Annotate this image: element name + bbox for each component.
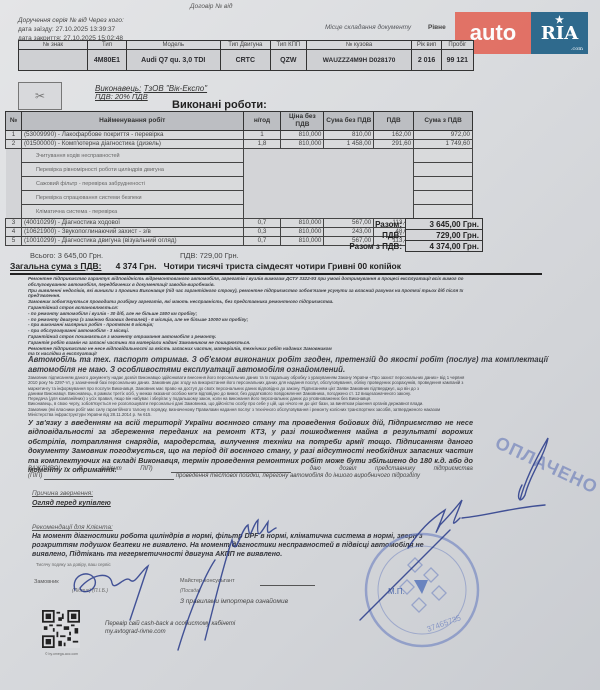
contract-line: Договір № від <box>190 3 232 10</box>
works-cell-vat: 162,00 <box>374 131 414 140</box>
cashback-note: Перевір свій cash-back в особистому кабі… <box>105 620 235 636</box>
empty-total-cell <box>414 177 473 191</box>
thanks-note: Тисячу подяку за довіру, ваш сервіс <box>36 562 111 567</box>
blank-cell <box>6 163 22 177</box>
wrench-icon: ✂ <box>35 89 45 103</box>
divider <box>272 273 542 275</box>
works-cell-hours: 0,3 <box>243 228 281 237</box>
summary-row: Всього: 3 645,00 Грн. ПДВ: 729,00 Грн. <box>30 251 103 260</box>
works-cell-name: (01500000) - Комп'ютерна діагностика (ди… <box>21 140 243 149</box>
works-cell-hours: 0,7 <box>243 219 281 228</box>
customer-label: Замовник <box>34 579 59 585</box>
works-subitem-row: Перевірка спрацювання системи безпеки <box>6 191 473 205</box>
vat-rate: ПДВ: 20% ПДВ <box>95 92 148 101</box>
grand-total-value: 4 374 Грн. <box>116 261 157 271</box>
works-title: Виконані роботи: <box>172 99 267 111</box>
works-subitem-row: Перевірка рівномірності роботи циліндрів… <box>6 163 473 177</box>
vehicle-col-header: Пробіг <box>441 41 473 50</box>
works-cell-n: 1 <box>6 131 22 140</box>
works-cell-name: (53009990) - Лакофарбове покриття - пере… <box>21 131 243 140</box>
customer-sub: (Підпис) (П.І.Б.) <box>72 588 108 594</box>
works-subitem: Перевірка рівномірності роботи циліндрів… <box>21 163 243 177</box>
vehicle-table: № знакТипМодельТип ДвигунаТип КПП№ кузов… <box>18 40 474 71</box>
blank-cell <box>6 149 22 163</box>
works-cell-vat: 291,60 <box>374 140 414 149</box>
power-of-attorney-line: Доручення серія № від Через кого: <box>18 16 124 25</box>
works-cell-price: 810,000 <box>281 131 324 140</box>
blank-cell <box>243 149 414 163</box>
works-cell-price: 810,000 <box>281 228 324 237</box>
vehicle-cell: 4M80E1 <box>88 50 127 71</box>
qr-caption: © by.omega-aoc.com <box>45 652 78 656</box>
important-word: (ПІП) <box>28 473 42 479</box>
master-label: Майстер-консультант <box>180 578 235 584</box>
privacy-terms: Замовник підписанням даного документу на… <box>28 375 548 417</box>
client-name-field[interactable] <box>171 466 291 473</box>
vehicle-cell: QZW <box>271 50 307 71</box>
vehicle-col-header: Тип КПП <box>271 41 307 50</box>
vehicle-cell: WAUZZZ4M9H D028170 <box>306 50 412 71</box>
works-cell-name: (10621900) - Звукопоглинаючий захист - з… <box>21 228 243 237</box>
summary-vat: ПДВ: 729,00 Грн. <box>180 251 239 260</box>
blank-cell <box>6 205 22 219</box>
autoria-logo[interactable]: auto ★ RIA .com <box>455 12 588 54</box>
works-col-header: Сума з ПДВ <box>414 112 473 131</box>
total-label: Разом з ПДВ: <box>319 241 406 252</box>
paid-stamp: ОПЛАЧЕНО <box>492 433 600 499</box>
works-subitem-row: Кліматична система - перевірка <box>6 205 473 219</box>
blank-cell <box>243 177 414 191</box>
works-col-header: Ціна без ПДВ <box>281 112 324 131</box>
vat-value: 729,00 Грн. <box>406 230 483 241</box>
empty-total-cell <box>414 149 473 163</box>
important-text: проведення тестової поїздки, перегону ав… <box>176 473 420 479</box>
vehicle-col-header: № знак <box>19 41 88 50</box>
qr-code-icon[interactable] <box>42 610 80 648</box>
blank-cell <box>6 191 22 205</box>
vehicle-col-header: Тип Двигуна <box>220 41 270 50</box>
empty-total-cell <box>414 191 473 205</box>
summary-all: Всього: 3 645,00 Грн. <box>30 251 103 260</box>
vehicle-cell: 2 016 <box>412 50 441 71</box>
contractor-name: ТзОВ "Вік-Експо" <box>144 84 208 93</box>
cashback-text: Перевір свій cash-back в особистому кабі… <box>105 620 235 628</box>
place-label: Місце складання документу <box>325 24 411 31</box>
works-cell-price: 810,000 <box>281 237 324 246</box>
works-col-header: н/год <box>243 112 281 131</box>
vehicle-col-header: Модель <box>126 41 220 50</box>
recommendations-label: Рекомендації для Клієнта: <box>32 524 113 531</box>
works-cell-n: 3 <box>6 219 22 228</box>
vehicle-cell: CRTC <box>220 50 270 71</box>
reason-value: Огляд перед купівлею <box>32 500 111 507</box>
seal-number: 37465735 <box>426 613 463 634</box>
works-subitem: Перевірка спрацювання системи безпеки <box>21 191 243 205</box>
warranty-terms: Ремонтне підприємство гарантує відповідн… <box>28 276 548 357</box>
blank-cell <box>6 177 22 191</box>
subtotal-value: 3 645,00 Грн. <box>406 219 483 230</box>
works-cell-name: (10010299) - Діагностика двигуна (візуал… <box>21 237 243 246</box>
works-cell-total: 972,00 <box>414 131 473 140</box>
vehicle-col-header: Рік вип <box>412 41 441 50</box>
company-logo-box: ✂ <box>18 82 62 110</box>
important-word: (клієнт <box>101 466 122 473</box>
importer-rules-note: З правилами імпортера ознайомив <box>180 598 288 605</box>
works-cell-price: 810,000 <box>281 140 324 149</box>
works-cell-total: 1 749,60 <box>414 140 473 149</box>
divider <box>10 273 272 275</box>
blank-cell <box>243 205 414 219</box>
vat-label: ПДВ: <box>319 230 406 241</box>
works-subitem: Зчитування кодів несправностей <box>21 149 243 163</box>
vehicle-cell <box>19 50 88 71</box>
important-word: даю <box>310 466 321 473</box>
empty-total-cell <box>414 163 473 177</box>
blank-cell <box>243 191 414 205</box>
works-col-header: ПДВ <box>374 112 414 131</box>
acceptance-statement: Автомобіль та тех. паспорт отримав. З об… <box>28 355 548 375</box>
works-col-header: Сума без ПДВ <box>324 112 374 131</box>
place-value: Рівне <box>428 24 446 31</box>
star-icon: ★ <box>555 15 564 26</box>
works-cell-n: 5 <box>6 237 22 246</box>
works-subitem-row: Сажовий фільтр - перевірка забрудненості <box>6 177 473 191</box>
vehicle-col-header: № кузова <box>306 41 412 50</box>
works-cell-n: 2 <box>6 140 22 149</box>
works-cell-hours: 0,7 <box>243 237 281 246</box>
blank-cell <box>243 163 414 177</box>
vehicle-col-header: Тип <box>88 41 127 50</box>
grand-total-words: Чотири тисячі триста сімдесят чотири Гри… <box>164 261 401 271</box>
works-row: 1(53009990) - Лакофарбове покриття - пер… <box>6 131 473 140</box>
total-value: 4 374,00 Грн. <box>406 241 483 252</box>
logo-ria: ★ RIA .com <box>531 12 588 54</box>
works-subitem: Сажовий фільтр - перевірка забрудненості <box>21 177 243 191</box>
important-word: ВАЖЛИВО! <box>28 466 60 473</box>
works-subitem-row: Зчитування кодів несправностей <box>6 149 473 163</box>
works-cell-name: (40010299) - Діагностика ходової <box>21 219 243 228</box>
works-cell-sum: 810,00 <box>324 131 374 140</box>
works-cell-hours: 1,8 <box>243 140 281 149</box>
works-row: 2(01500000) - Комп'ютерна діагностика (д… <box>6 140 473 149</box>
empty-total-cell <box>414 205 473 219</box>
totals-table: Разом:3 645,00 Грн. ПДВ:729,00 Грн. Разо… <box>319 218 483 252</box>
cashback-link[interactable]: my.avtograd-rivne.com <box>105 628 235 636</box>
company-seal-icon: 37465735 <box>362 530 482 650</box>
vehicle-cell: 99 121 <box>441 50 473 71</box>
master-sub: (Посада) <box>180 588 201 594</box>
important-word: представнику <box>375 466 415 473</box>
reason-label: Причина звернення: <box>32 490 93 497</box>
important-word: дозвіл <box>339 466 356 473</box>
works-cell-sum: 1 458,00 <box>324 140 374 149</box>
logo-domain: .com <box>571 46 583 52</box>
subtotal-label: Разом: <box>319 219 406 230</box>
works-col-header: № <box>6 112 22 131</box>
seal-mark: М.П. <box>388 587 405 596</box>
works-cell-n: 4 <box>6 228 22 237</box>
works-cell-hours: 1 <box>243 131 281 140</box>
test-drive-permission: ВАЖЛИВО! Я (клієнт ПІП) даю дозвіл предс… <box>28 466 473 480</box>
grand-total: Загальна сума з ПДВ: 4 374 Грн. Чотири т… <box>10 261 401 271</box>
works-subitem: Кліматична система - перевірка <box>21 205 243 219</box>
vehicle-cell: Audi Q7 qu. 3,0 TDI <box>126 50 220 71</box>
works-cell-price: 810,000 <box>281 219 324 228</box>
important-word: Я <box>78 466 82 473</box>
privacy-line: Міністерства інфраструктури України від … <box>28 412 548 417</box>
grand-total-label: Загальна сума з ПДВ: <box>10 261 102 271</box>
arrival-date: дата заїзду: 27.10.2025 13:39:37 <box>18 25 124 34</box>
representative-name-field[interactable] <box>44 473 174 480</box>
important-word: ПІП) <box>140 466 152 473</box>
works-col-header: Найменування робіт <box>21 112 243 131</box>
important-word: підприємства <box>434 466 473 473</box>
master-signature-line <box>260 585 315 586</box>
